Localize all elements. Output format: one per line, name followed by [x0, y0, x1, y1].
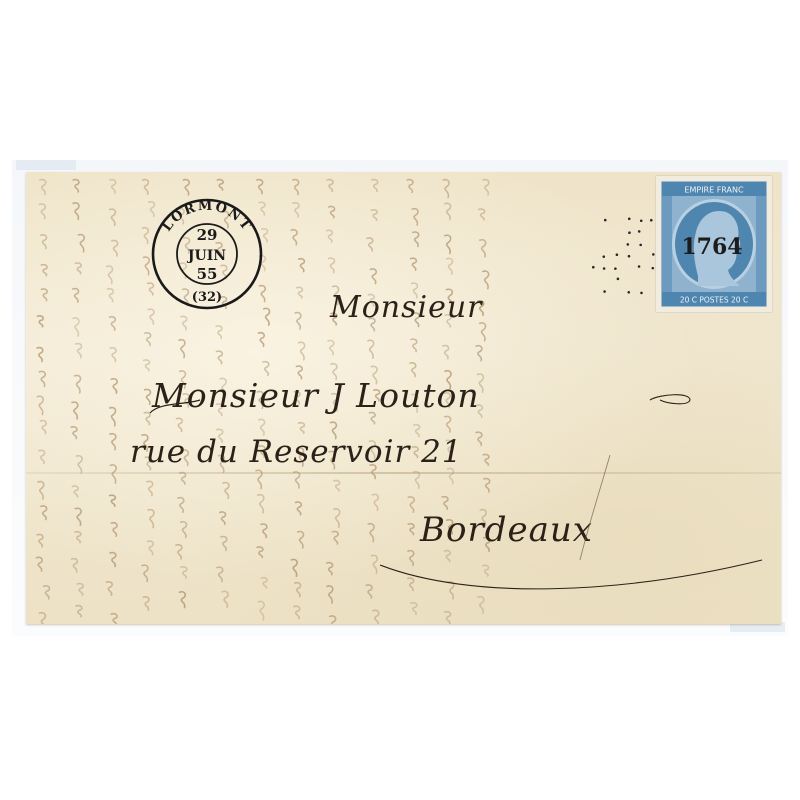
postmark-month: JUIN	[186, 248, 226, 264]
stamp-bottom-inscription: 20 C POSTES 20 C	[680, 296, 748, 305]
sleeve-corner-tab	[16, 160, 76, 170]
postmark-day: 29	[197, 226, 218, 244]
postmark-year: 55	[197, 265, 218, 283]
stamp-top-inscription: EMPIRE FRANC	[684, 186, 744, 195]
postmark-department: (32)	[192, 290, 222, 305]
fold-crease	[26, 472, 781, 474]
cancel-number: 1764	[681, 234, 742, 260]
postmark: LORMONT 29 JUIN 55 (32)	[146, 198, 268, 310]
postage-stamp: EMPIRE FRANC 20 C POSTES 20 C 1764	[656, 176, 772, 312]
